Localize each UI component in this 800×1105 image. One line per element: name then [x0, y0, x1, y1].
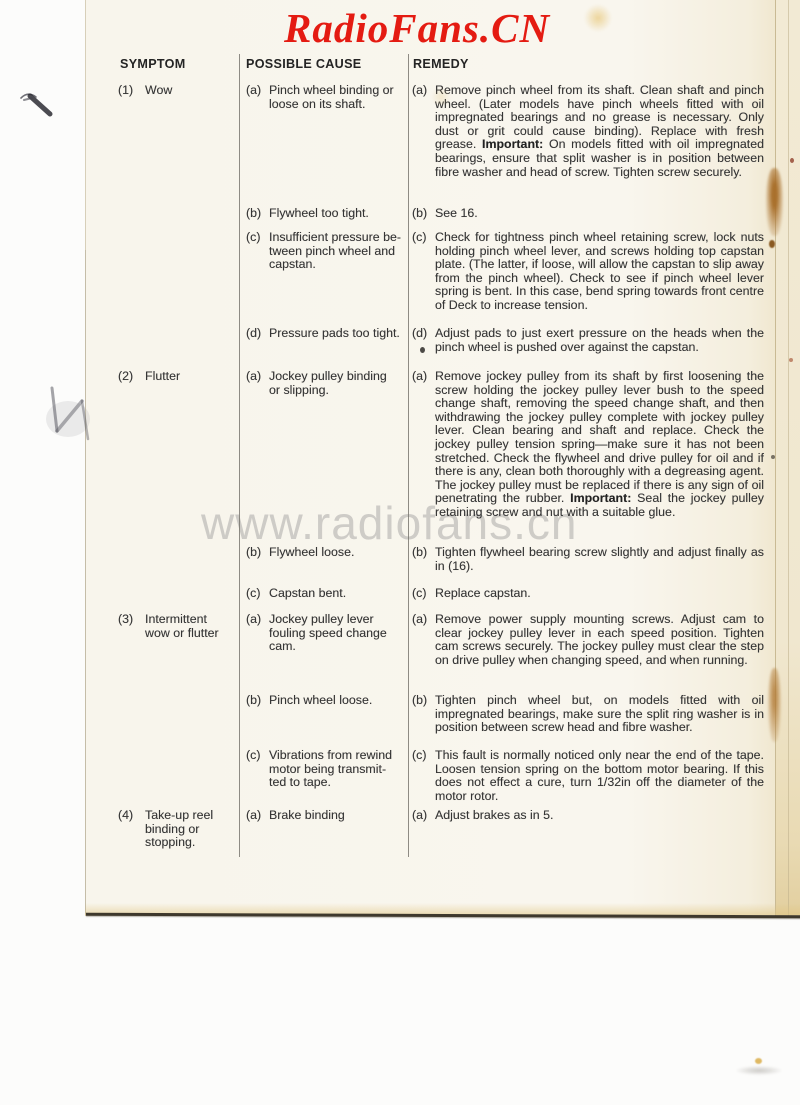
page-edge-line	[788, 0, 789, 916]
cause-label: (c)	[246, 587, 269, 601]
remedy-text: This fault is normally noticed only near…	[435, 749, 764, 803]
remedy-1c: (c) Check for tightness pinch wheel reta…	[412, 231, 764, 313]
cause-text: Brake binding	[269, 809, 406, 823]
symptom-number: (1)	[118, 84, 145, 98]
symptom-text: Wow	[145, 84, 238, 98]
pen-mark-upper-left	[18, 88, 58, 124]
remedy-label: (c)	[412, 587, 435, 601]
remedy-text: Adjust pads to just exert pressure on th…	[435, 327, 764, 354]
remedy-2c: (c) Replace capstan.	[412, 587, 764, 601]
cause-label: (d)	[246, 327, 269, 341]
symptom-1: (1) Wow	[118, 84, 238, 98]
remedy-1b: (b) See 16.	[412, 207, 764, 221]
remedy-label: (a)	[412, 613, 435, 667]
cause-1c: (c) Insufficient pressure be- tween pinc…	[246, 231, 406, 272]
remedy-3b: (b) Tighten pinch wheel but, on models f…	[412, 694, 764, 735]
column-divider-2	[408, 54, 409, 857]
cause-1b: (b) Flywheel too tight.	[246, 207, 406, 221]
symptom-text: Intermittent wow or flutter	[145, 613, 238, 640]
remedy-1a: (a) Remove pinch wheel from its shaft. C…	[412, 84, 764, 179]
remedy-label: (c)	[412, 749, 435, 803]
cause-2a: (a) Jockey pulley binding or slipping.	[246, 370, 406, 397]
cause-3c: (c) Vibrations from rewind motor being t…	[246, 749, 406, 790]
cause-text: Pinch wheel loose.	[269, 694, 406, 708]
left-page-edge-line	[85, 250, 86, 914]
cause-2b: (b) Flywheel loose.	[246, 546, 406, 560]
cause-text: Jockey pulley lever fouling speed change…	[269, 613, 406, 654]
remedy-text: Tighten flywheel bearing screw slightly …	[435, 546, 764, 573]
cause-label: (a)	[246, 84, 269, 111]
cause-text: Pinch wheel binding or loose on its shaf…	[269, 84, 406, 111]
symptom-4: (4) Take-up reel binding or stopping.	[118, 809, 238, 850]
cause-text: Capstan bent.	[269, 587, 406, 601]
cause-3a: (a) Jockey pulley lever fouling speed ch…	[246, 613, 406, 654]
remedy-1d: (d) Adjust pads to just exert pressure o…	[412, 327, 764, 354]
remedy-text: Replace capstan.	[435, 587, 764, 601]
cause-label: (b)	[246, 546, 269, 560]
symptom-number: (2)	[118, 370, 145, 384]
remedy-label: (d)	[412, 327, 435, 354]
remedy-2a: (a) Remove jockey pulley from its shaft …	[412, 370, 764, 520]
remedy-label: (b)	[412, 546, 435, 573]
remedy-3c: (c) This fault is normally noticed only …	[412, 749, 764, 803]
remedy-label: (c)	[412, 231, 435, 313]
cause-label: (a)	[246, 370, 269, 397]
cause-label: (c)	[246, 231, 269, 272]
cause-text: Flywheel too tight.	[269, 207, 406, 221]
column-header-symptom: SYMPTOM	[120, 57, 186, 71]
column-header-remedy: REMEDY	[413, 57, 469, 71]
cause-label: (c)	[246, 749, 269, 790]
cause-3b: (b) Pinch wheel loose.	[246, 694, 406, 708]
remedy-label: (a)	[412, 809, 435, 823]
scanned-manual-page: www.radiofans.cn RadioFans.CN SYMPTOM PO…	[0, 0, 800, 1105]
cause-text: Jockey pulley binding or slipping.	[269, 370, 406, 397]
column-divider-1	[239, 54, 240, 857]
cause-label: (a)	[246, 613, 269, 654]
remedy-text: Check for tightness pinch wheel retainin…	[435, 231, 764, 313]
remedy-text: Adjust brakes as in 5.	[435, 809, 764, 823]
cause-label: (a)	[246, 809, 269, 823]
symptom-text: Flutter	[145, 370, 238, 384]
remedy-label: (b)	[412, 694, 435, 735]
site-brand-watermark: RadioFans.CN	[284, 4, 550, 52]
remedy-4a: (a) Adjust brakes as in 5.	[412, 809, 764, 823]
symptom-3: (3) Intermittent wow or flutter	[118, 613, 238, 640]
remedy-text: See 16.	[435, 207, 764, 221]
cause-text: Insufficient pressure be- tween pinch wh…	[269, 231, 406, 272]
cause-1a: (a) Pinch wheel binding or loose on its …	[246, 84, 406, 111]
remedy-label: (b)	[412, 207, 435, 221]
remedy-text: Remove power supply mounting screws. Adj…	[435, 613, 764, 667]
remedy-3a: (a) Remove power supply mounting screws.…	[412, 613, 764, 667]
yellow-dot-bottom-right	[755, 1058, 762, 1064]
cause-label: (b)	[246, 207, 269, 221]
column-header-possible-cause: POSSIBLE CAUSE	[246, 57, 361, 71]
remedy-text: Remove jockey pulley from its shaft by f…	[435, 370, 764, 520]
faded-page-number-smudge	[736, 1066, 782, 1075]
symptom-text: Take-up reel binding or stopping.	[145, 809, 238, 850]
cause-text: Flywheel loose.	[269, 546, 406, 560]
cause-text: Pressure pads too tight.	[269, 327, 406, 341]
symptom-2: (2) Flutter	[118, 370, 238, 384]
cause-4a: (a) Brake binding	[246, 809, 406, 823]
cause-text: Vibrations from rewind motor being trans…	[269, 749, 406, 790]
remedy-label: (a)	[412, 370, 435, 520]
remedy-label: (a)	[412, 84, 435, 179]
symptom-number: (4)	[118, 809, 145, 850]
remedy-2b: (b) Tighten flywheel bearing screw sligh…	[412, 546, 764, 573]
cause-1d: (d) Pressure pads too tight.	[246, 327, 406, 341]
remedy-text: Tighten pinch wheel but, on models fitte…	[435, 694, 764, 735]
cause-2c: (c) Capstan bent.	[246, 587, 406, 601]
cause-label: (b)	[246, 694, 269, 708]
remedy-text: Remove pinch wheel from its shaft. Clean…	[435, 84, 764, 179]
symptom-number: (3)	[118, 613, 145, 640]
